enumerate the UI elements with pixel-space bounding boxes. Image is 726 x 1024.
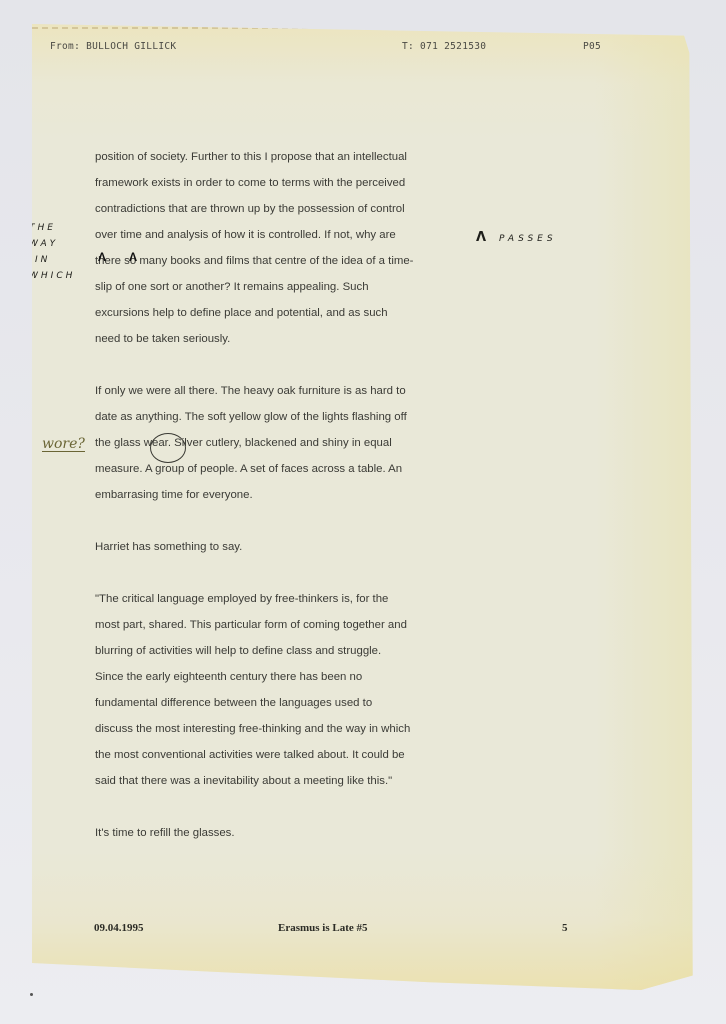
text-line: framework exists in order to come to ter… [95, 170, 495, 196]
paragraph-5: It's time to refill the glasses. [95, 820, 495, 846]
paragraph-gap [95, 508, 495, 534]
margin-note-line: THE [29, 220, 75, 236]
fax-telephone: T: 071 2521530 [402, 41, 486, 52]
margin-note-line: WAY [29, 236, 75, 252]
fax-from: From: BULLOCH GILLICK [50, 41, 176, 52]
margin-note-wore: wore? [42, 437, 85, 452]
paragraph-gap [95, 560, 495, 586]
margin-note-the-way-in-which: THE WAY IN WHICH [29, 220, 75, 284]
text-line: need to be taken seriously. [95, 326, 495, 352]
text-line: date as anything. The soft yellow glow o… [95, 404, 495, 430]
text-line: fundamental difference between the langu… [95, 690, 495, 716]
insert-caret-icon: Λ [98, 250, 106, 264]
text-line: position of society. Further to this I p… [95, 144, 495, 170]
text-line: the most conventional activities were ta… [95, 742, 495, 768]
footer-page-number: 5 [562, 922, 568, 934]
paragraph-4-quote: "The critical language employed by free-… [95, 586, 495, 794]
fax-transmission-line [32, 27, 684, 29]
text-line: blurring of activities will help to defi… [95, 638, 495, 664]
text-line: Harriet has something to say. [95, 534, 495, 560]
margin-note-passes: Λ PASSES [476, 230, 557, 245]
margin-note-line: WHICH [29, 268, 75, 284]
insert-caret-icon: Λ [476, 230, 492, 245]
fax-header: From: BULLOCH GILLICK T: 071 2521530 P05 [50, 41, 676, 55]
text-line: If only we were all there. The heavy oak… [95, 378, 495, 404]
body-text: position of society. Further to this I p… [95, 144, 495, 846]
footer-date: 09.04.1995 [94, 922, 144, 934]
fax-page-code: P05 [583, 41, 601, 52]
text-line: slip of one sort or another? It remains … [95, 274, 495, 300]
margin-note-text: PASSES [499, 234, 557, 244]
text-line: contradictions that are thrown up by the… [95, 196, 495, 222]
text-line: there so many books and films that centr… [95, 248, 495, 274]
text-line: "The critical language employed by free-… [95, 586, 495, 612]
text-line: It's time to refill the glasses. [95, 820, 495, 846]
text-line: embarrasing time for everyone. [95, 482, 495, 508]
page-footer: 09.04.1995 Erasmus is Late #5 5 [32, 922, 694, 938]
text-line: discuss the most interesting free-thinki… [95, 716, 495, 742]
circled-word-mark [150, 433, 186, 463]
text-line: most part, shared. This particular form … [95, 612, 495, 638]
footer-title: Erasmus is Late #5 [278, 922, 368, 934]
insert-caret-icon: Λ [129, 250, 137, 264]
text-line: excursions help to define place and pote… [95, 300, 495, 326]
paragraph-gap [95, 794, 495, 820]
text-line: said that there was a inevitability abou… [95, 768, 495, 794]
paragraph-gap [95, 352, 495, 378]
dust-speck [30, 993, 33, 996]
paragraph-3: Harriet has something to say. [95, 534, 495, 560]
paragraph-1: position of society. Further to this I p… [95, 144, 495, 352]
text-line: over time and analysis of how it is cont… [95, 222, 495, 248]
text-line: Since the early eighteenth century there… [95, 664, 495, 690]
margin-note-line: IN [29, 252, 75, 268]
text-line: measure. A group of people. A set of fac… [95, 456, 495, 482]
document-page: From: BULLOCH GILLICK T: 071 2521530 P05… [32, 24, 694, 990]
